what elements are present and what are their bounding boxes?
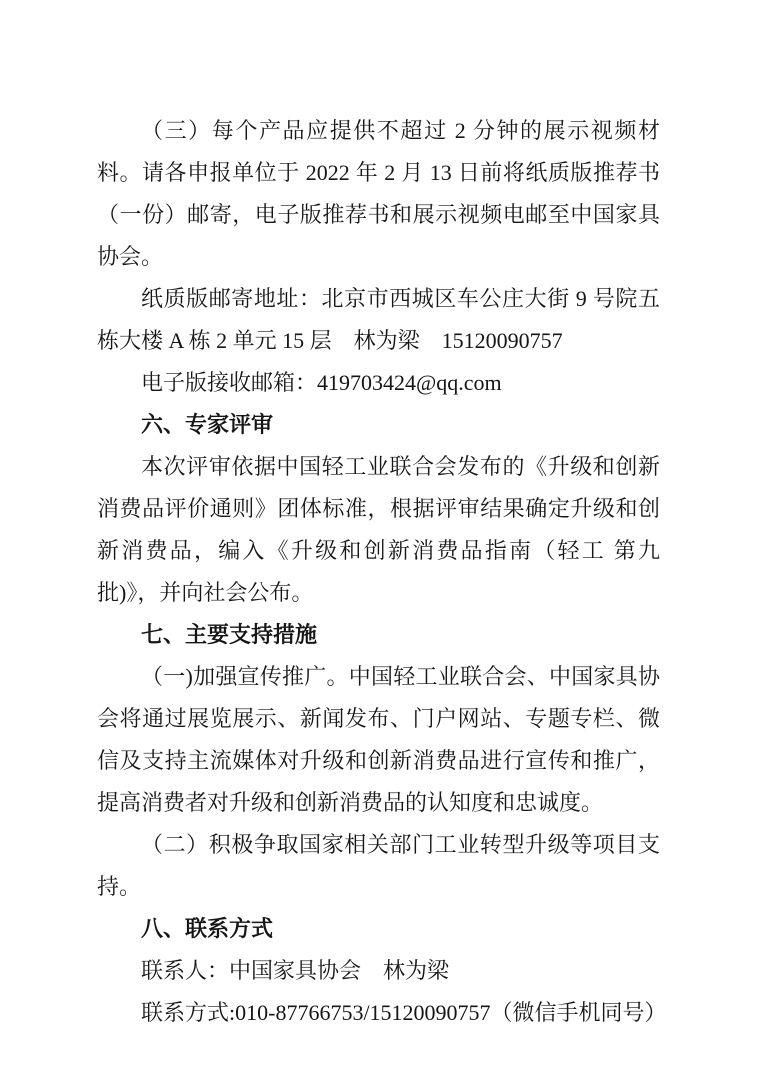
paragraph: 联系人：中国家具协会 林为梁 xyxy=(97,950,660,992)
paragraph: （三）每个产品应提供不超过 2 分钟的展示视频材料。请各申报单位于 2022 年… xyxy=(97,110,660,278)
paragraph: （一)加强宣传推广。中国轻工业联合会、中国家具协会将通过展览展示、新闻发布、门户… xyxy=(97,656,660,824)
document-body: （三）每个产品应提供不超过 2 分钟的展示视频材料。请各申报单位于 2022 年… xyxy=(97,110,660,1034)
paragraph: 联系方式:010-87766753/15120090757（微信手机同号） xyxy=(97,992,660,1034)
section-heading: 六、专家评审 xyxy=(97,404,660,446)
document-page: （三）每个产品应提供不超过 2 分钟的展示视频材料。请各申报单位于 2022 年… xyxy=(0,0,764,1080)
paragraph: （二）积极争取国家相关部门工业转型升级等项目支持。 xyxy=(97,824,660,908)
paragraph: 本次评审依据中国轻工业联合会发布的《升级和创新消费品评价通则》团体标准，根据评审… xyxy=(97,446,660,614)
paragraph: 电子版接收邮箱：419703424@qq.com xyxy=(97,362,660,404)
paragraph: 纸质版邮寄地址：北京市西城区车公庄大街 9 号院五栋大楼 A 栋 2 单元 15… xyxy=(97,278,660,362)
section-heading: 八、联系方式 xyxy=(97,908,660,950)
section-heading: 七、主要支持措施 xyxy=(97,614,660,656)
